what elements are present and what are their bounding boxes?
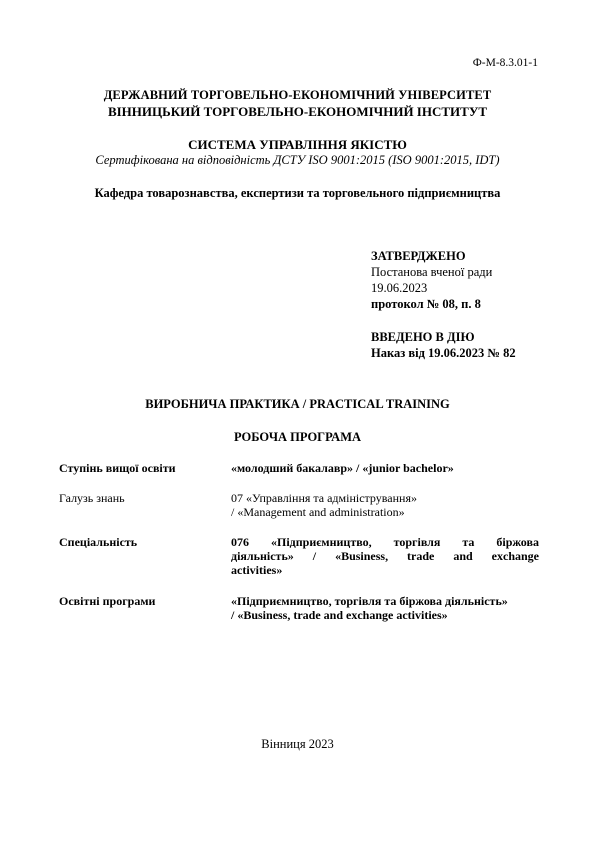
approval-heading: ЗАТВЕРДЖЕНО (371, 248, 492, 264)
field-label: Ступінь вищої освіти (59, 461, 229, 475)
certification-note: Сертифікована на відповідність ДСТУ ISO … (0, 153, 595, 168)
enactment-order: Наказ від 19.06.2023 № 82 (371, 345, 516, 361)
university-name: ДЕРЖАВНИЙ ТОРГОВЕЛЬНО-ЕКОНОМІЧНИЙ УНІВЕР… (0, 88, 595, 103)
field-label: Спеціальність (59, 535, 229, 549)
field-value-line: «молодший бакалавр» / «junior bachelor» (231, 461, 539, 475)
field-value: 07 «Управління та адміністрування» / «Ma… (231, 491, 539, 519)
field-value-line: діяльність» / «Business, trade and excha… (231, 549, 539, 563)
field-value: «молодший бакалавр» / «junior bachelor» (231, 461, 539, 475)
approval-protocol: протокол № 08, п. 8 (371, 296, 492, 312)
field-value: «Підприємництво, торгівля та біржова дія… (231, 594, 539, 622)
form-code: Ф-М-8.3.01-1 (473, 57, 538, 69)
department-name: Кафедра товарознавства, експертизи та то… (0, 186, 595, 201)
document-title: ВИРОБНИЧА ПРАКТИКА / PRACTICAL TRAINING (0, 397, 595, 412)
approval-body: Постанова вченої ради (371, 264, 492, 280)
enactment-block: ВВЕДЕНО В ДІЮ Наказ від 19.06.2023 № 82 (371, 329, 516, 361)
institute-name: ВІННИЦЬКИЙ ТОРГОВЕЛЬНО-ЕКОНОМІЧНИЙ ІНСТИ… (0, 104, 595, 120)
city-year: Вінниця 2023 (0, 737, 595, 752)
field-value-line: / «Business, trade and exchange activiti… (231, 608, 539, 622)
quality-system-heading: СИСТЕМА УПРАВЛІННЯ ЯКІСТЮ (0, 137, 595, 153)
field-value-line: activities» (231, 563, 539, 577)
field-value-line: 07 «Управління та адміністрування» (231, 491, 539, 505)
field-value-line: / «Management and administration» (231, 505, 539, 519)
enactment-heading: ВВЕДЕНО В ДІЮ (371, 329, 516, 345)
approval-block: ЗАТВЕРДЖЕНО Постанова вченої ради 19.06.… (371, 248, 492, 312)
field-label: Освітні програми (59, 594, 229, 608)
field-value: 076 «Підприємництво, торгівля та біржова… (231, 535, 539, 577)
field-value-line: «Підприємництво, торгівля та біржова дія… (231, 594, 539, 608)
field-label: Галузь знань (59, 491, 229, 505)
approval-date: 19.06.2023 (371, 280, 492, 296)
document-subtitle: РОБОЧА ПРОГРАМА (0, 430, 595, 445)
field-value-line: 076 «Підприємництво, торгівля та біржова (231, 535, 539, 549)
